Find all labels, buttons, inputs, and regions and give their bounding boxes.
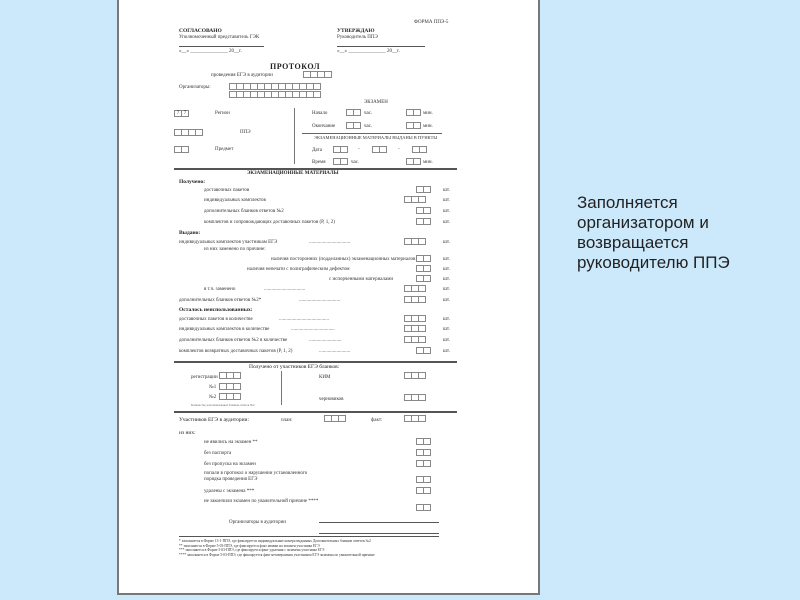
drafts-label: черновиков: [319, 397, 343, 403]
date-label: Дата: [312, 148, 322, 154]
issued-item: дополнительных бланков ответов №2*: [179, 298, 261, 304]
participants-label: Участников ЕГЭ в аудитории:: [179, 417, 249, 423]
room-number-cells[interactable]: [303, 71, 331, 78]
divider-vertical: [281, 371, 282, 405]
subject-cells[interactable]: [174, 146, 188, 153]
start-minutes-unit: мин.: [423, 111, 433, 117]
divider: [302, 133, 442, 134]
time-minutes-unit: мин.: [423, 160, 433, 166]
received-item: индивидуальных комплектов: [204, 198, 266, 204]
form-code: ФОРМА ППЭ-5: [414, 20, 448, 26]
agreed-title: СОГЛАСОВАНО: [179, 28, 222, 34]
section-divider: [174, 361, 457, 363]
issued-item: наличия непечати с полиграфическим дефек…: [247, 267, 350, 273]
participant-item: без пропуска на экзамен: [204, 462, 256, 468]
subtitle: проведения ЕГЭ в аудитории: [211, 73, 273, 79]
approved-title: УТВЕРЖДАЮ: [337, 28, 375, 34]
organizer1-cells[interactable]: [229, 83, 320, 90]
received-cells[interactable]: [416, 207, 430, 214]
issued-cells[interactable]: [404, 285, 425, 292]
section-divider: [174, 168, 457, 170]
organizers-label: Организаторы:: [179, 85, 211, 91]
issued-subheader: из них заменено по причине:: [204, 247, 266, 253]
participant-cells[interactable]: [416, 487, 430, 494]
issued-item: наличия посторонних (подделанных) экзаме…: [271, 257, 415, 263]
materials-header: ЭКЗАМЕНАЦИОННЫЕ МАТЕРИАЛЫ: [247, 171, 339, 177]
approved-sign-line[interactable]: [337, 40, 425, 47]
organizer2-cells[interactable]: [229, 91, 320, 98]
participant-item: удалены с экзамена ***: [204, 489, 254, 495]
remaining-item: дополнительных бланков ответов №2 в коли…: [179, 338, 287, 344]
issued-item: индивидуальных комплектов участникам ЕГЭ: [179, 240, 277, 246]
received-label: Получено:: [179, 179, 205, 185]
organizer-signature-line[interactable]: [319, 527, 439, 534]
participant-item: без паспорта: [204, 451, 231, 457]
no2-note: Количество дополнительных бланков ответо…: [191, 403, 254, 407]
date-month-cells[interactable]: [372, 146, 386, 153]
time-hours-cells[interactable]: [333, 158, 347, 165]
materials-delivered-header: ЭКЗАМЕНАЦИОННЫЕ МАТЕРИАЛЫ ВЫДАНЫ В ПУНКТ…: [314, 135, 437, 141]
divider-vertical: [294, 108, 295, 164]
received-cells[interactable]: [416, 186, 430, 193]
remaining-cells[interactable]: [404, 336, 425, 343]
end-minutes-unit: мин.: [423, 124, 433, 130]
time-minutes-cells[interactable]: [406, 158, 420, 165]
fact-cells[interactable]: [404, 415, 425, 422]
remaining-item: доставочных пакетов в количестве: [179, 317, 253, 323]
remaining-item: индивидуальных комплектов в количестве: [179, 327, 269, 333]
kim-cells[interactable]: [404, 372, 425, 379]
remaining-cells[interactable]: [404, 325, 425, 332]
plan-cells[interactable]: [324, 415, 345, 422]
no2-label: №2: [209, 395, 216, 401]
remaining-item: комплектов возвратных доставочных пакето…: [179, 349, 292, 355]
participant-cells[interactable]: [416, 460, 430, 467]
start-label: Начало: [312, 111, 327, 117]
no1-label: №1: [209, 385, 216, 391]
organizers-in-room-label: Организаторы в аудитории: [229, 520, 286, 526]
date-year-cells[interactable]: [412, 146, 426, 153]
agreed-date-line: «__» _______________ 20__г.: [179, 49, 242, 55]
issued-item: в т.ч. заменено: [204, 287, 235, 293]
issued-item: с испорченными материалами: [329, 277, 393, 283]
caption-text: Заполняется организатором и возвращается…: [577, 193, 730, 273]
participant-item: попали в протокол о нарушении установлен…: [204, 471, 324, 483]
issued-cells[interactable]: [404, 296, 425, 303]
footnote-divider: [179, 536, 439, 537]
registration-cells[interactable]: [219, 372, 240, 379]
participant-cells[interactable]: [416, 438, 430, 445]
organizer-signature-line[interactable]: [319, 516, 439, 523]
start-hours-cells[interactable]: [346, 109, 360, 116]
received-cells[interactable]: [404, 196, 425, 203]
remaining-cells[interactable]: [404, 315, 425, 322]
end-hours-cells[interactable]: [346, 122, 360, 129]
start-hours-unit: час.: [364, 111, 372, 117]
received-cells[interactable]: [416, 218, 430, 225]
exam-label: ЭКЗАМЕН: [364, 100, 388, 106]
received-item: комплектов и сопровождающих доставочных …: [204, 220, 335, 226]
ppe-label: ППЭ: [240, 130, 251, 136]
issued-cells[interactable]: [416, 255, 430, 262]
approved-date-line: «__» _______________ 20__г.: [337, 49, 400, 55]
region-cells[interactable]: 77: [174, 110, 188, 117]
ppe-cells[interactable]: [174, 129, 202, 136]
protocol-form-page: ФОРМА ППЭ-5 СОГЛАСОВАНО Уполномоченный п…: [117, 0, 540, 595]
participant-cells[interactable]: [416, 476, 430, 483]
page-title: ПРОТОКОЛ: [270, 62, 320, 71]
start-minutes-cells[interactable]: [406, 109, 420, 116]
participant-cells[interactable]: [416, 449, 430, 456]
no2-cells[interactable]: [219, 393, 240, 400]
end-minutes-cells[interactable]: [406, 122, 420, 129]
registration-label: регистрации: [191, 375, 218, 381]
fact-label: факт:: [371, 418, 382, 424]
issued-cells[interactable]: [404, 238, 425, 245]
participant-item: не явились на экзамен **: [204, 440, 258, 446]
end-hours-unit: час.: [364, 124, 372, 130]
issued-label: Выдано:: [179, 230, 200, 236]
remaining-label: Осталось неиспользованных:: [179, 307, 253, 313]
remaining-cells[interactable]: [416, 347, 430, 354]
region-label: Регион: [215, 111, 230, 117]
no1-cells[interactable]: [219, 383, 240, 390]
section-divider: [174, 411, 457, 413]
drafts-cells[interactable]: [404, 394, 425, 401]
date-day-cells[interactable]: [333, 146, 347, 153]
subject-label: Предмет: [215, 147, 233, 153]
agreed-sign-line[interactable]: [179, 40, 264, 47]
time-label: Время: [312, 160, 326, 166]
participant-item: не закончили экзамен по уважительной при…: [204, 499, 319, 505]
end-label: Окончание: [312, 124, 335, 130]
issued-cells[interactable]: [416, 265, 430, 272]
received-item: доставочных пакетов: [204, 188, 249, 194]
time-hours-unit: час.: [351, 160, 359, 166]
participant-cells[interactable]: [416, 504, 430, 511]
plan-label: план:: [281, 418, 292, 424]
from-participants-header: Получено от участников ЕГЭ бланков:: [249, 364, 339, 370]
footnotes: * заполняется в Форме 13-1-ППЭ, где фикс…: [179, 539, 449, 557]
received-item: дополнительных бланков ответов №2: [204, 209, 284, 215]
of-them-label: из них:: [179, 430, 196, 436]
kim-label: КИМ: [319, 375, 330, 381]
issued-cells[interactable]: [416, 275, 430, 282]
